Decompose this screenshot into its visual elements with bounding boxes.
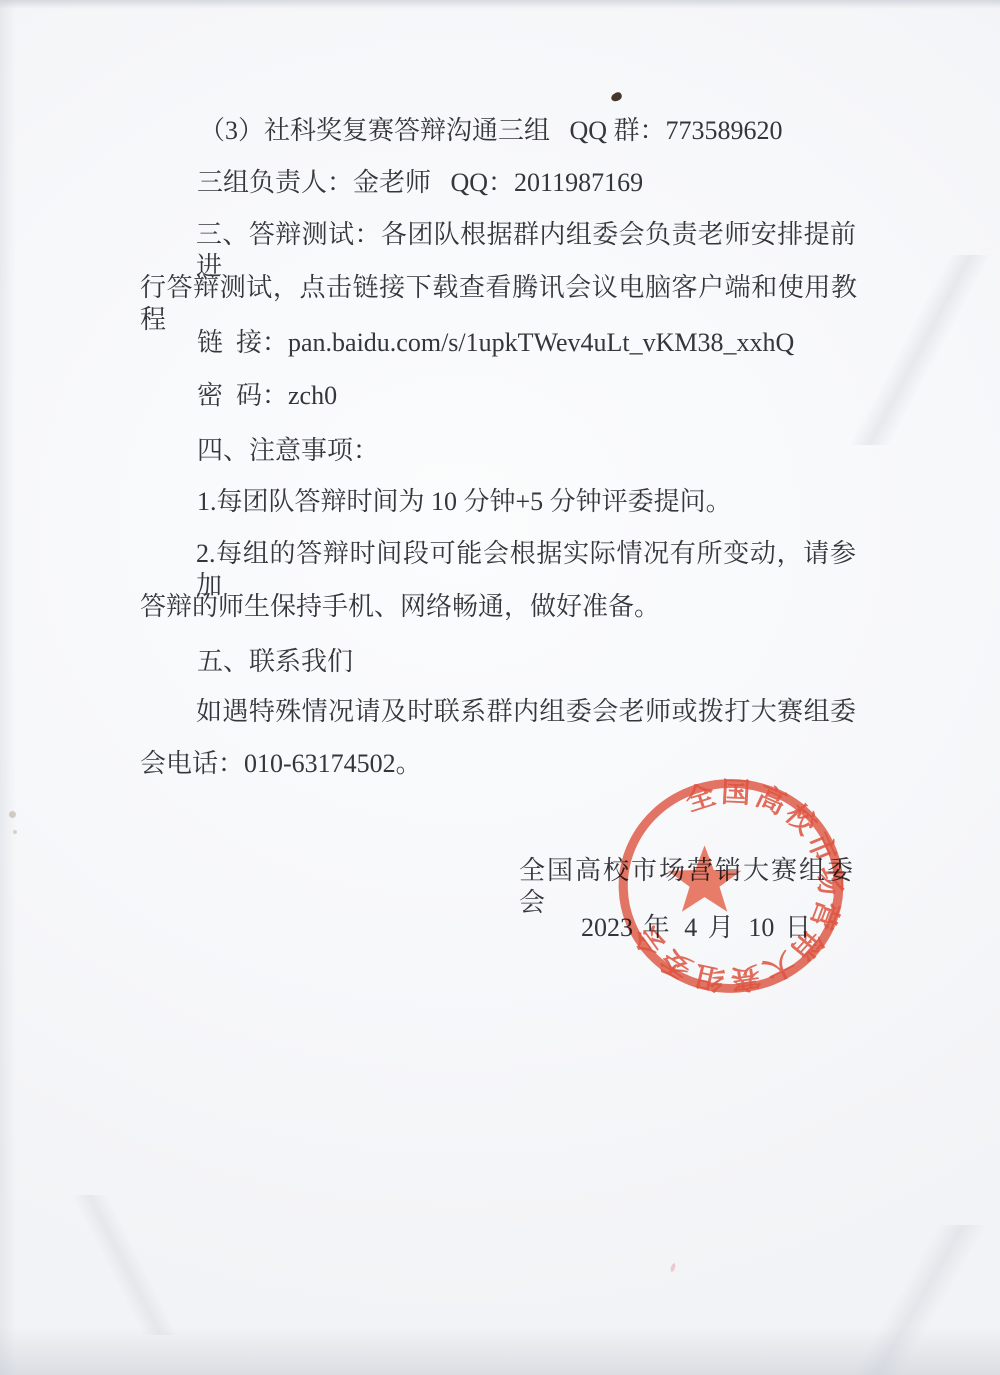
line-section-4-heading: 四、注意事项： [197,435,379,467]
seal-star-icon [668,845,741,911]
line-group-3-leader: 三组负责人：金老师 QQ：2011987169 [197,167,643,199]
paper-crease-bottom-left [10,1195,240,1335]
scanned-document-page: （3）社科奖复赛答辩沟通三组 QQ 群：773589620 三组负责人：金老师 … [0,0,1000,1375]
ink-speck [610,91,623,103]
paper-spot [670,1263,677,1273]
paper-crease-bottom-right [840,1225,1000,1375]
paper-spot [13,830,17,834]
paper-edge-shadow-top [0,0,1000,9]
paper-edge-shadow-left [0,0,16,1375]
line-qq-group-3: （3）社科奖复赛答辩沟通三组 QQ 群：773589620 [199,115,783,147]
paper-crease-right [840,255,1000,445]
line-section-5-heading: 五、联系我们 [197,646,353,678]
note-item-2-cont: 答辩的师生保持手机、网络畅通，做好准备。 [140,591,660,623]
official-seal-stamp: 全国高校市场营销大赛组委会 [609,770,853,1002]
contact-line-cont: 会电话：010-63174502。 [140,748,422,780]
note-item-1: 1.每团队答辩时间为 10 分钟+5 分钟评委提问。 [197,486,732,518]
baidu-link-line: 链 接：pan.baidu.com/s/1upkTWev4uLt_vKM38_x… [197,327,794,359]
paper-spot [9,811,16,818]
password-line: 密 码：zch0 [197,380,337,412]
contact-line: 如遇特殊情况请及时联系群内组委会老师或拨打大赛组委 [196,696,856,728]
